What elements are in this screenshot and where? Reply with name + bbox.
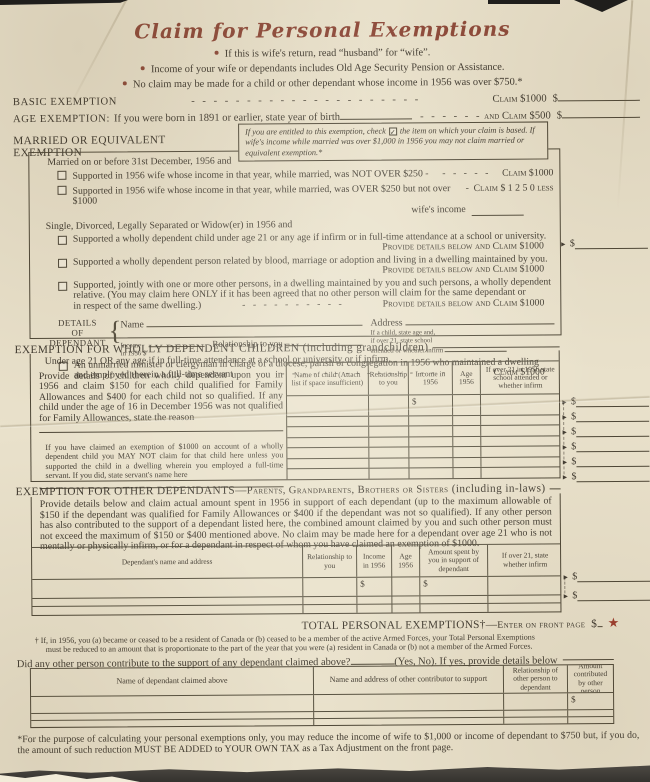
bullet-icon xyxy=(215,51,219,55)
column-header: Name and address of other contributor to… xyxy=(313,666,503,694)
others-table: Dependant's name and address Relationshi… xyxy=(32,543,560,615)
basic-exemption-row: BASIC EXEMPTION - - - - - - - - - - - - … xyxy=(13,90,640,108)
cell-child-name[interactable] xyxy=(287,427,368,437)
cell-relationship[interactable] xyxy=(302,605,356,613)
cell-dependant-name[interactable] xyxy=(32,578,302,598)
cell-income[interactable] xyxy=(408,437,452,447)
cell-relationship[interactable] xyxy=(368,469,408,479)
age-exemption-label: AGE EXEMPTION: xyxy=(13,113,110,125)
children-claim-line: ►$ xyxy=(561,456,649,468)
arrow-icon: ► xyxy=(561,427,568,437)
children-instructions: Provide details of children wholly depen… xyxy=(39,370,283,424)
cell-income[interactable]: $ xyxy=(356,578,391,596)
cell-income[interactable] xyxy=(408,458,452,468)
wife-income-label: wife's income xyxy=(411,205,465,216)
bullet-icon xyxy=(141,66,145,70)
age-amount-field[interactable] xyxy=(562,107,640,119)
cell-child-name[interactable] xyxy=(287,396,368,416)
checkbox-dependent-person[interactable] xyxy=(58,259,67,268)
children-claim-line: ►$ xyxy=(561,426,649,438)
cell-relationship[interactable] xyxy=(368,416,408,426)
children-table-row xyxy=(287,468,559,479)
reason-field[interactable] xyxy=(39,422,283,433)
children-claim-line: ►$ xyxy=(562,471,650,483)
checked-checkbox-icon: ✓ xyxy=(389,127,397,135)
dot-leader: - - - - - - xyxy=(412,111,484,123)
year-of-birth-field[interactable] xyxy=(340,108,412,120)
note-line: Income of your wife or dependants includ… xyxy=(0,61,648,77)
cell-amount-spent[interactable] xyxy=(419,604,487,612)
yes-no-field[interactable] xyxy=(350,654,394,665)
total-label: TOTAL PERSONAL EXEMPTIONS† xyxy=(302,619,486,632)
column-header: Name of child (Attach list if space insu… xyxy=(287,363,368,396)
wife-income-row: wife's income xyxy=(46,205,554,220)
cell-school-infirm[interactable] xyxy=(480,447,560,457)
children-left-column: Provide details of children wholly depen… xyxy=(39,370,284,491)
cell-relationship[interactable] xyxy=(302,596,356,604)
arrow-icon: ► xyxy=(562,472,569,482)
heading-rule xyxy=(550,488,561,489)
arrow-icon: ► xyxy=(561,457,568,467)
cell-relationship[interactable] xyxy=(368,395,408,415)
dash: — xyxy=(486,619,498,631)
cell-amount[interactable] xyxy=(567,710,613,716)
note-text: If this is wife's return, read “husband”… xyxy=(225,47,431,59)
children-section-box: Under age 21 OR any age if in full-time … xyxy=(30,350,561,482)
dependant-address-field[interactable] xyxy=(406,313,555,325)
children-claim-amount-field-3[interactable] xyxy=(576,426,649,438)
cell-school-infirm[interactable] xyxy=(480,457,560,467)
option-text: in respect of the same dwelling.) xyxy=(73,300,201,311)
column-header: If over 21, state whether infirm xyxy=(487,544,562,576)
cell-school-infirm[interactable] xyxy=(480,436,560,446)
note-line: No claim may be made for a child or othe… xyxy=(0,76,648,92)
cell-relationship[interactable] xyxy=(368,427,408,437)
column-header: Amount spent by you in support of depend… xyxy=(419,545,487,576)
claim-label: Claim $1000 xyxy=(502,169,553,180)
cell-school-infirm[interactable] xyxy=(480,468,560,478)
cell-age[interactable] xyxy=(452,458,480,468)
bullet-icon xyxy=(123,81,127,85)
cell-relationship[interactable] xyxy=(503,693,567,709)
checkbox-wife-over-250[interactable] xyxy=(57,185,66,194)
basic-amount-field[interactable] xyxy=(558,90,640,102)
name-label: Name xyxy=(120,320,143,330)
children-small-note: If you have claimed an exemption of $100… xyxy=(39,441,283,480)
checkbox-dependent-child[interactable] xyxy=(58,236,67,245)
address-label: Address xyxy=(370,318,402,329)
column-header: Amount contributed by other person xyxy=(567,665,613,692)
cell-amount[interactable] xyxy=(567,717,613,723)
page-title: Claim for Personal Exemptions xyxy=(0,16,647,45)
cell-amount-spent[interactable] xyxy=(419,596,487,604)
option-text: Supported in 1956 wife whose income in t… xyxy=(73,184,458,207)
cell-child-name[interactable] xyxy=(287,459,368,469)
column-header: Age 1956 xyxy=(452,362,480,394)
cell-income[interactable] xyxy=(408,447,452,457)
total-exemptions-row: TOTAL PERSONAL EXEMPTIONS†—Enter on fron… xyxy=(302,616,620,632)
others-claim-line: ►$ xyxy=(562,590,650,602)
note-text: Income of your wife or dependants includ… xyxy=(151,62,505,75)
cell-child-name[interactable] xyxy=(287,437,368,447)
others-claim-line: ►$ xyxy=(562,571,650,583)
children-claim-amount-field-4[interactable] xyxy=(576,441,649,453)
cell-income[interactable] xyxy=(356,596,391,604)
cell-age[interactable] xyxy=(452,437,480,447)
cell-income[interactable] xyxy=(408,469,452,479)
column-header: If over 21 in 1956 state school attended… xyxy=(480,361,560,394)
cell-dependant-name[interactable] xyxy=(31,719,313,727)
children-table: Name of child (Attach list if space insu… xyxy=(286,360,560,479)
column-header: Dependant's name and address xyxy=(32,546,302,579)
note-text: If you are entitled to this exemption, c… xyxy=(245,127,386,137)
asterisk-footnote: *For the purpose of calculating your per… xyxy=(17,730,639,757)
married-note-box: If you are entitled to this exemption, c… xyxy=(238,121,548,161)
cell-relationship[interactable] xyxy=(368,448,408,458)
column-header: Income in 1956 xyxy=(356,546,391,577)
cell-school-infirm[interactable] xyxy=(480,415,560,425)
arrow-icon: ► xyxy=(561,397,568,407)
age-claim-label: and Claim $500 xyxy=(484,110,551,121)
cell-contributor[interactable] xyxy=(313,718,503,725)
cell-age[interactable] xyxy=(452,415,480,425)
column-header: Relationship to you xyxy=(302,546,356,577)
cell-infirm[interactable] xyxy=(487,604,562,612)
children-claim-amount-field-6[interactable] xyxy=(576,471,649,483)
details-label: OF xyxy=(46,327,108,338)
cell-amount[interactable]: $ xyxy=(567,693,613,709)
option-text: Supported in 1956 wife whose income in t… xyxy=(72,170,428,183)
basic-exemption-label: BASIC EXEMPTION xyxy=(13,96,117,108)
column-header: Relationship of other person to dependan… xyxy=(503,665,567,692)
others-claim-amount-field-2[interactable] xyxy=(577,590,650,602)
married-option-row: Supported in 1956 wife whose income in t… xyxy=(57,167,553,183)
tax-form-page: Claim for Personal Exemptions If this is… xyxy=(0,0,650,782)
married-section-box: Married on or before 31st December, 1956… xyxy=(28,148,561,339)
married-option-row: Supported, jointly with one or more othe… xyxy=(58,277,554,311)
star-icon: ★ xyxy=(608,618,620,628)
column-header: Name of dependant claimed above xyxy=(31,667,313,696)
claim-label: Claim $ 1 2 5 0 less xyxy=(474,183,554,194)
cell-child-name[interactable] xyxy=(287,469,368,479)
contribution-table: Name of dependant claimed above Name and… xyxy=(30,664,614,728)
dot-leader: - xyxy=(458,184,474,194)
note-text: If a child, state age and, xyxy=(371,329,436,336)
arrow-icon: ► xyxy=(560,239,567,249)
note-line: If this is wife's return, read “husband”… xyxy=(0,46,648,62)
others-section-box: Provide details below and claim actual a… xyxy=(31,493,562,616)
children-table-header: Name of child (Attach list if space insu… xyxy=(287,361,559,396)
married-claim-line: ► $ xyxy=(560,238,648,250)
cell-income[interactable] xyxy=(356,605,391,613)
cell-school-infirm[interactable] xyxy=(480,426,560,436)
details-label: DETAILS xyxy=(46,317,108,328)
heading-rule xyxy=(432,346,559,348)
total-tail-label: Enter on front page xyxy=(497,619,585,631)
others-table-header: Dependant's name and address Relationshi… xyxy=(32,544,560,580)
cell-school-infirm[interactable] xyxy=(480,394,560,414)
children-claim-line: ►$ xyxy=(561,396,649,408)
married-option-row: Supported a wholly dependent person rela… xyxy=(58,254,554,278)
married-claim-amount-field[interactable] xyxy=(575,238,648,250)
cell-age[interactable] xyxy=(452,468,480,478)
cell-child-name[interactable] xyxy=(287,416,368,426)
cell-income[interactable] xyxy=(408,416,452,426)
cell-dependant-name[interactable] xyxy=(31,695,313,713)
contribution-table-header: Name of dependant claimed above Name and… xyxy=(31,665,613,697)
column-header: Relationship to you xyxy=(368,362,408,394)
cell-income[interactable] xyxy=(408,426,452,436)
claim-label: Provide details below and Claim $1000 xyxy=(383,298,555,309)
cell-relationship[interactable] xyxy=(503,710,567,716)
cell-amount-spent[interactable]: $ xyxy=(419,577,487,595)
dot-leader: - - - - - - - - - - - - - - - - - - - - … xyxy=(117,94,493,108)
dagger-footnote: † If, in 1956, you (a) became or ceased … xyxy=(35,632,623,655)
wife-income-field[interactable] xyxy=(472,205,524,216)
children-claim-amount-field-1[interactable] xyxy=(576,396,649,408)
basic-claim-label: Claim $1000 xyxy=(492,93,546,104)
dot-leader: - - - - - xyxy=(429,169,503,180)
total-exemptions-amount-field[interactable] xyxy=(597,616,602,627)
cell-relationship[interactable] xyxy=(368,437,408,447)
cell-age[interactable] xyxy=(391,605,419,613)
married-option-row: Supported a wholly dependent child under… xyxy=(58,231,554,255)
note-text: No claim may be made for a child or othe… xyxy=(133,77,523,91)
checkbox-joint-support[interactable] xyxy=(58,282,67,291)
children-claim-amount-field-5[interactable] xyxy=(576,456,649,468)
dot-leader: - - - - - - - - - - xyxy=(201,299,382,311)
children-claim-line: ►$ xyxy=(561,441,649,453)
checkbox-wife-not-over-250[interactable] xyxy=(57,171,66,180)
column-header: Age 1956 xyxy=(391,545,419,576)
column-header: Income in 1956 xyxy=(408,362,452,394)
children-claim-amount-field-2[interactable] xyxy=(576,411,649,423)
married-option-row: Supported in 1956 wife whose income in t… xyxy=(57,181,553,207)
cell-dependant-name[interactable] xyxy=(32,606,302,616)
cell-income[interactable]: $ xyxy=(408,395,452,415)
cell-age[interactable] xyxy=(452,395,480,415)
cell-age[interactable] xyxy=(391,577,419,595)
cell-contributor[interactable] xyxy=(313,694,503,711)
cell-infirm[interactable] xyxy=(487,595,562,603)
cell-child-name[interactable] xyxy=(287,448,368,458)
children-table-row: $ xyxy=(287,394,559,416)
arrow-icon: ► xyxy=(561,412,568,422)
scan-edge-artifact xyxy=(488,0,560,4)
cell-infirm[interactable] xyxy=(487,576,562,594)
heading-rule xyxy=(563,658,614,659)
cell-relationship[interactable] xyxy=(503,717,567,723)
children-claim-line: ►$ xyxy=(561,411,649,423)
others-claim-amount-field-1[interactable] xyxy=(577,571,650,583)
cell-age[interactable] xyxy=(452,447,480,457)
arrow-icon: ► xyxy=(562,591,569,601)
arrow-icon: ► xyxy=(561,442,568,452)
cell-relationship[interactable] xyxy=(368,458,408,468)
arrow-icon: ► xyxy=(562,572,569,582)
note-text: the item on which your claim is based. xyxy=(400,126,528,136)
cell-age[interactable] xyxy=(391,596,419,604)
cell-age[interactable] xyxy=(452,426,480,436)
dependant-name-field[interactable] xyxy=(147,315,363,328)
cell-relationship[interactable] xyxy=(302,578,356,596)
